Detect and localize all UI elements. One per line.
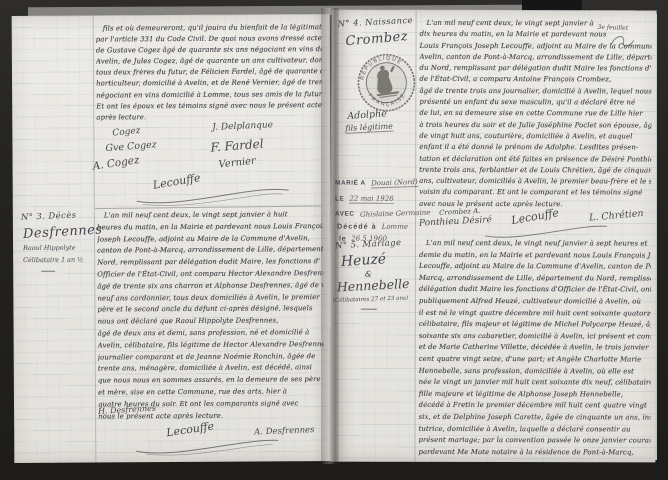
handwritten-line: Louis François Joseph Lecouffe, adjoint … [419, 40, 651, 52]
handwritten-line: horticulteur, domicilié à Avelin, et de … [96, 78, 322, 90]
signature: A. Cogez [92, 154, 140, 173]
right-page: 3e feuillet N° 4. Naissance Crombez RÉPU… [330, 10, 656, 463]
handwritten-line: Et ont les époux et les témoins signé av… [96, 100, 322, 112]
handwritten-line: de vingt huit ans, couturière, domicilié… [419, 131, 651, 143]
handwritten-line: tutrice, domiciliée à Avelin, laquelle a… [418, 423, 650, 435]
signature: J. Delplanque [212, 120, 273, 132]
record4-margin-heading: N° 4. Naissance [337, 16, 413, 30]
handwritten-line: pardevant Me Mote notaire à la résidence… [418, 446, 650, 458]
signature: F. Fardel [210, 137, 264, 155]
handwritten-line: trente trois ans, ferblantier et de Loui… [419, 165, 651, 177]
signature: Gve Cogez [105, 139, 157, 154]
handwritten-line: présenté un enfant du sexe masculin, qu'… [419, 97, 651, 109]
handwritten-line: Hennebelle, sans profession, domiciliée … [419, 365, 651, 377]
handwritten-line: Marcq, arrondissement de Lille, départem… [419, 273, 651, 285]
record4-margin-name: Crombez [345, 29, 409, 49]
handwritten-line: enfant il a été donné le prénom de Adolp… [419, 142, 651, 154]
signature: Cogez [112, 126, 141, 139]
handwritten-line: Officier de l'État-Civil, ont comparu He… [97, 268, 323, 281]
handwritten-line: de l'État-Civil, a comparu Antoine Franç… [419, 74, 651, 86]
handwritten-line: L'an mil neuf cent deux, le vingt sept j… [420, 18, 652, 30]
handwritten-line: soixante six ans cabaretier, domicilié à… [419, 331, 651, 343]
handwritten-line: cent quatre vingt seize, d'une part; et … [419, 354, 651, 366]
handwritten-line: fille majeure et légitime de Alphonse Jo… [419, 389, 651, 401]
handwritten-line: après lecture. [96, 111, 322, 123]
handwritten-line: tation et déclaration ont été faites en … [419, 153, 651, 165]
record5-margin-detail: (Célibataires 27 et 23 ans) [333, 295, 409, 303]
handwritten-line: Avelin, célibataire, fils légitime de He… [98, 339, 324, 352]
handwritten-line: Lecouffe, adjoint au Maire de la Commune… [419, 261, 651, 273]
handwritten-line: L'an mil neuf cent deux, le vingt neuf j… [419, 238, 651, 250]
record3-margin-name: Desfrennes [23, 222, 103, 242]
signature-flourish [133, 182, 293, 207]
record4-text: L'an mil neuf cent deux, le vingt sept j… [419, 18, 652, 213]
handwritten-line: âgé de trente six ans charron et Alphons… [97, 280, 323, 293]
handwritten-line: que nous nous en sommes assurés, en la d… [98, 374, 324, 387]
left-page: fils et où demeureront, qu'il jouira du … [12, 14, 333, 463]
record4-margin-filiation: fils légitime [345, 121, 393, 133]
signature: Vernier [218, 156, 256, 171]
record3-margin-detail: Célibataire 1 an ½ [23, 256, 83, 264]
signature-flourish [132, 434, 282, 457]
handwritten-line: négociant en vins domicilié à Lomme, tou… [96, 89, 322, 101]
handwritten-line: du Nord, remplissant par délégation dudi… [419, 63, 651, 75]
record4-margin-child-name: Adolphe [347, 108, 387, 122]
record5-margin-name2: Hennebelle [337, 276, 410, 295]
handwritten-line: présent mariage; par la convention passé… [418, 435, 650, 447]
handwritten-line: Avelin, canton de Pont-à-Marcq, arrondis… [419, 52, 651, 64]
handwritten-line: âgé de trente trois ans journalier, domi… [419, 86, 651, 98]
handwritten-line: père et le second oncle du défunt ci-apr… [97, 303, 323, 316]
handwritten-line: et de Marie Catherine Villette, décédée … [419, 342, 651, 354]
handwritten-line: dix heures du matin, en la Mairie et par… [420, 29, 652, 41]
record5-margin-heading: N° 5. Mariage [335, 238, 402, 251]
handwritten-line: heures du matin, en la Mairie et pardeva… [97, 221, 323, 234]
handwritten-line: publiquement Alfred Heuzé, cultivateur d… [419, 296, 651, 308]
margin-underline [41, 271, 55, 272]
handwritten-line: célibataire, fils majeur et légitime de … [419, 319, 651, 331]
register-scan-spread: fils et où demeureront, qu'il jouira du … [0, 0, 668, 480]
record3-margin-heading: N° 3. Décès [21, 211, 77, 223]
record3-text: L'an mil neuf cent deux, le vingt sept j… [97, 209, 324, 424]
handwritten-line: délégation dudit Maire les fonctions d'O… [419, 284, 651, 296]
handwritten-line: ans, cultivateur, domiciliés à Avelin, l… [419, 176, 651, 188]
record5-margin-name1: Heuzé [340, 251, 386, 270]
handwritten-line: de lui, en sa demeure sise en cette Comm… [419, 108, 651, 120]
republique-francaise-stamp: RÉPUBLIQUE FRANÇAISE [351, 48, 421, 118]
handwritten-line: née le vingt un janvier mil huit cent so… [419, 377, 651, 389]
record5-text: L'an mil neuf cent deux, le vingt neuf j… [418, 238, 651, 461]
handwritten-line: décédé à Fretin le premier décembre mil … [419, 400, 651, 412]
handwritten-line: il est né le vingt quatre décembre mil h… [419, 307, 651, 319]
handwritten-line: à trois heures du soir et de Julie Josép… [419, 119, 651, 131]
handwritten-line: voisin du comparant. Et ont le comparant… [419, 187, 651, 199]
record3-margin-detail: Raoul Hippolyte [23, 244, 76, 252]
previous-record-text: fils et où demeureront, qu'il jouira du … [96, 22, 323, 127]
handwritten-line: demie du matin, en la Mairie et pardevan… [419, 249, 651, 261]
handwritten-line: âgé de deux ans et demi, sans profession… [98, 327, 324, 340]
margin-underline [361, 309, 377, 310]
handwritten-line: six, et de Delphine Joseph Carette, âgée… [419, 412, 651, 424]
